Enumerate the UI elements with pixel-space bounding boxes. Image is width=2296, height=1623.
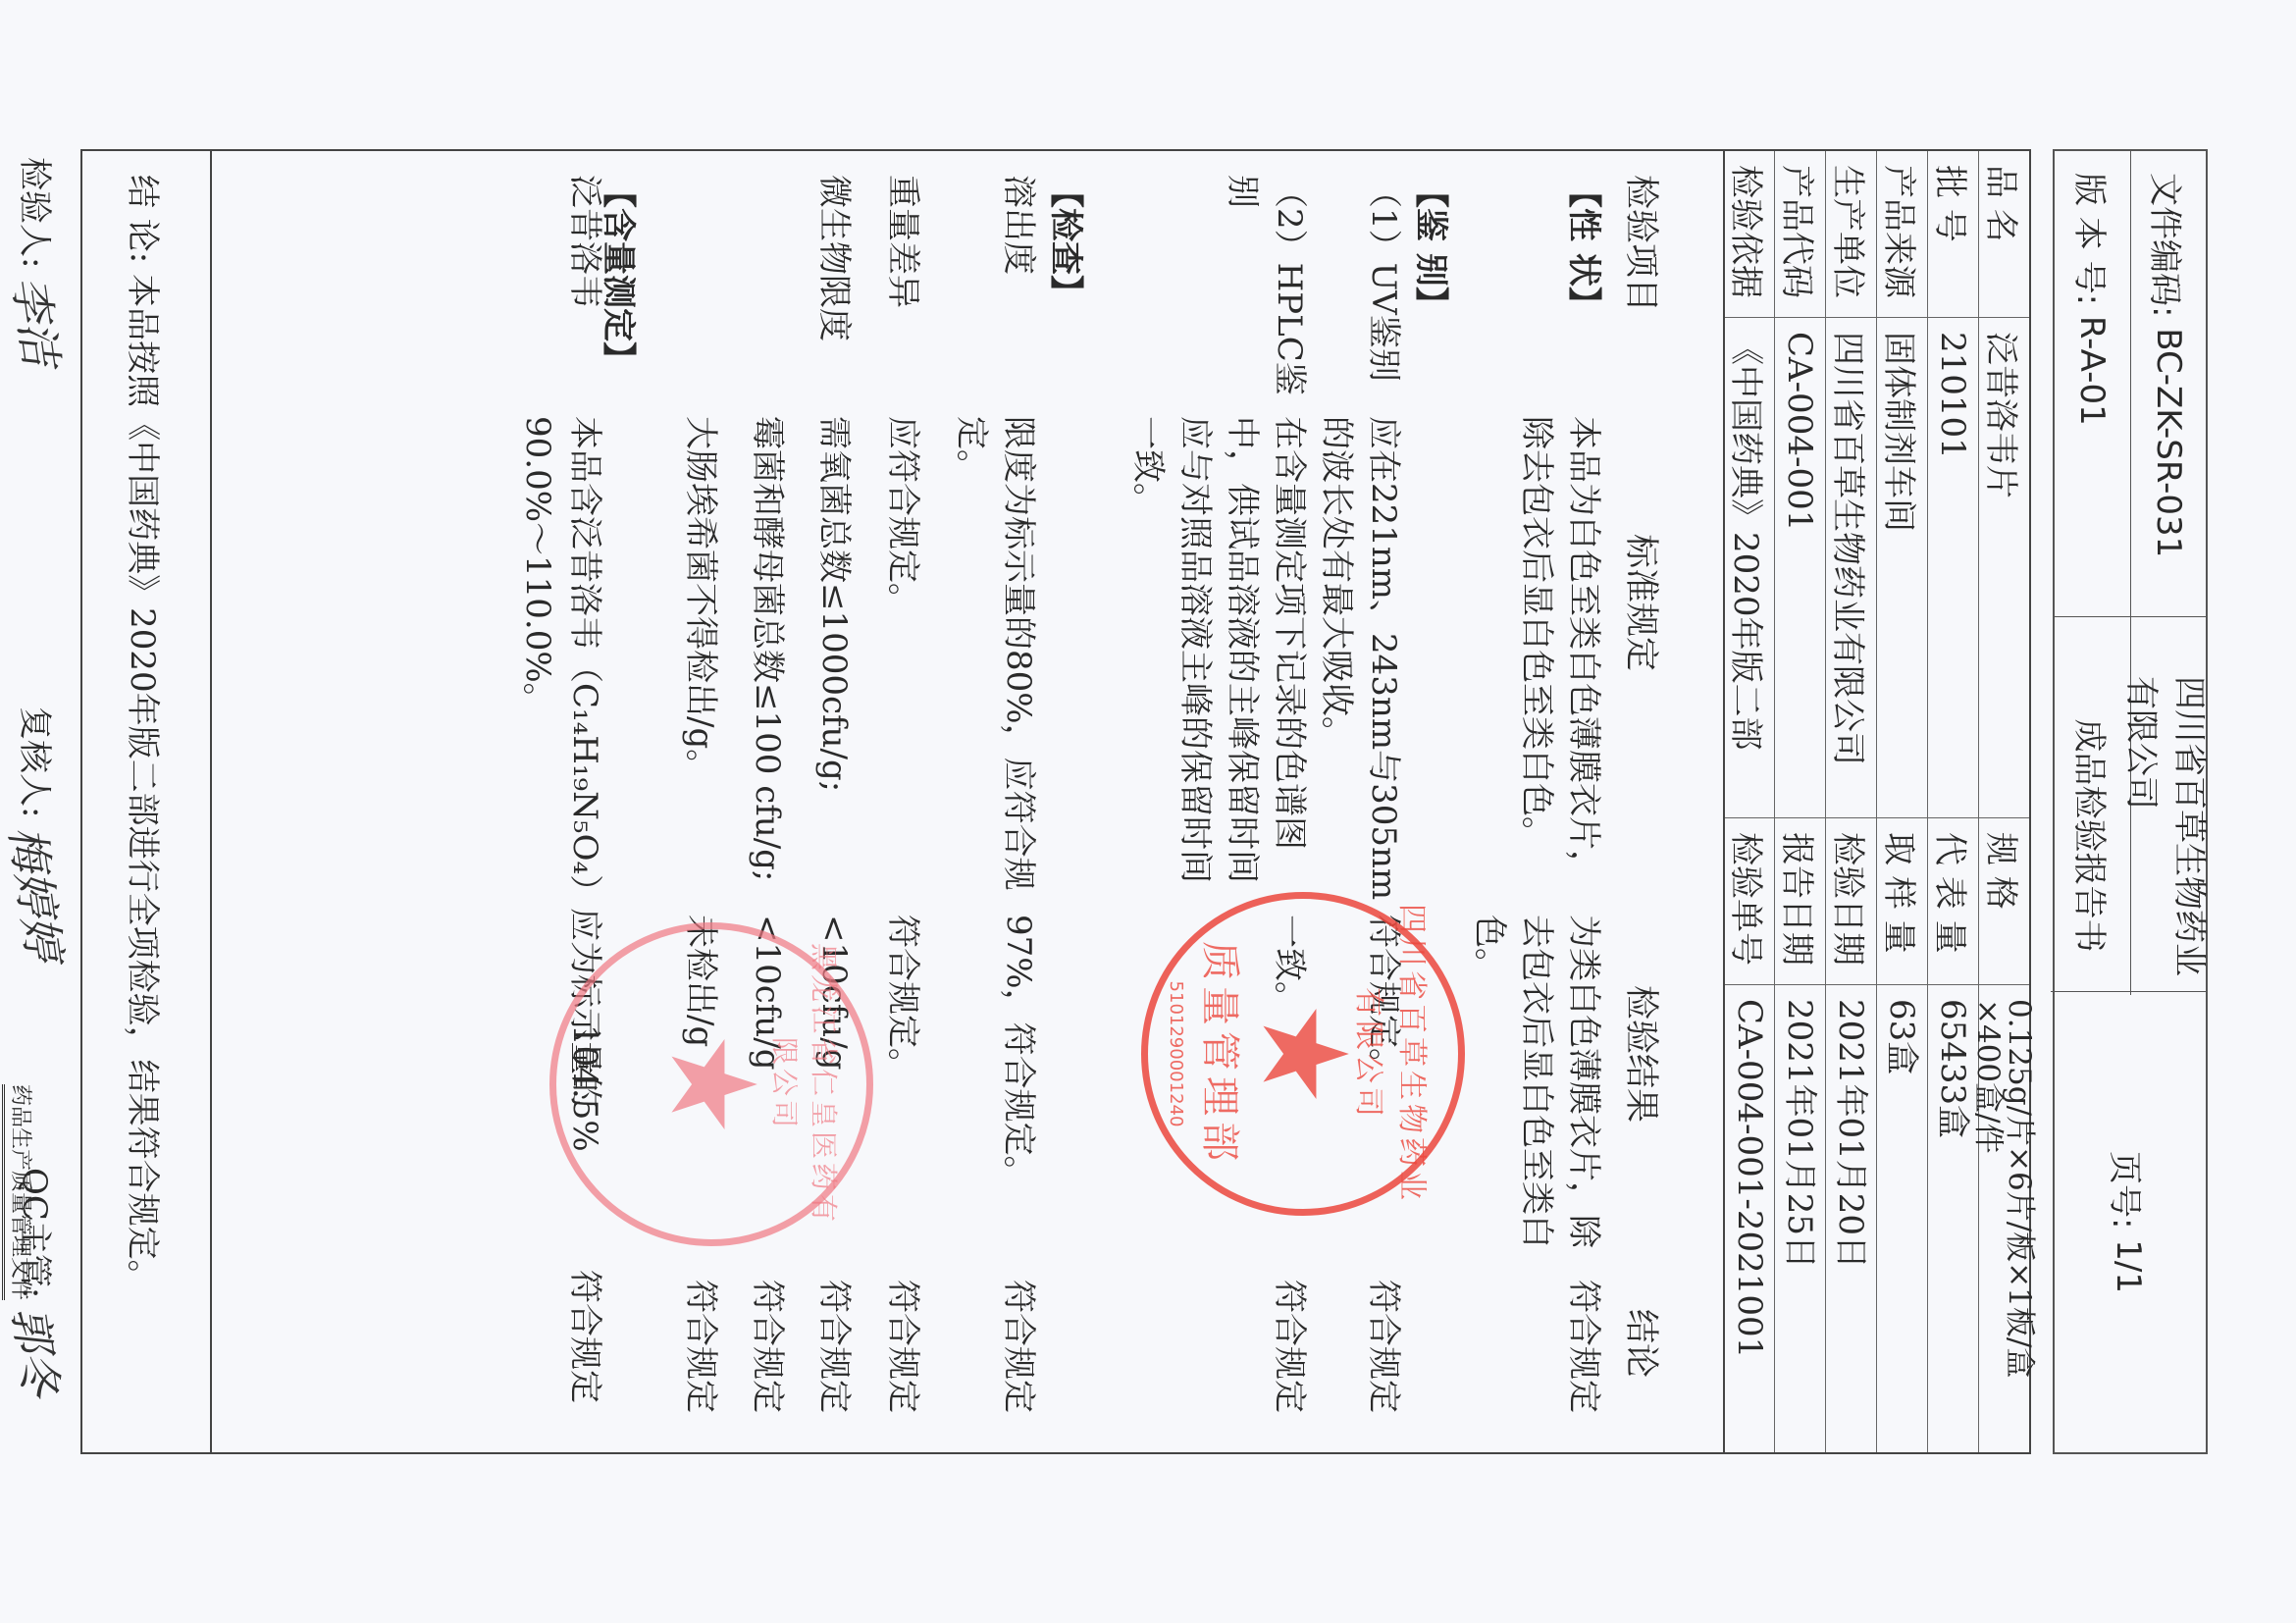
document-header: 文件编码: BC-ZK-SR-031 四川省百草生物药业有限公司 版 本 号: … [2053,149,2208,1454]
page-number: 页号: 1/1 [2051,991,2206,1452]
quality-department-stamp: 四川省百草生物药业有限公司 ★ 质量管理部 5101290001240 [1141,892,1465,1216]
version-number: 版 本 号: R-A-01 [2055,151,2130,617]
file-code: 文件编码: BC-ZK-SR-031 [2131,151,2206,617]
column-headers: 检验项目 标准规定 检验结果 结论 [1617,151,1664,1452]
inspector-signature: 检验人:李洁 [6,157,71,707]
assay-row: 泛昔洛韦 本品含泛昔洛韦（C₁₄H₁₉N₅O₄）应为标示量的 90.0%～110… [514,151,608,1452]
micro-row: 微生物限度 需氧菌总数≤1000cfu/g; <10cfu/g 符合规定 [810,151,858,1452]
report-number: CA-004-001-2021001 [1725,985,1774,1452]
appearance-row: 【性 状】 本品为白色至类白色薄膜衣片，除去包衣后显白色至类白色。 为类白色薄膜… [1466,151,1607,1452]
batch-number: 210101 [1928,318,1978,818]
star-icon: ★ [652,1031,770,1137]
sample-quantity: 63盒 [1877,985,1927,1452]
manufacturer: 四川省百草生物药业有限公司 [1826,318,1876,818]
report-title: 成品检验报告书 [2055,617,2130,995]
micro-row: 霉菌和酵母菌总数≤100 cfu/g; <10cfu/g 符合规定 [744,151,791,1452]
footer-label: 药品生产质量管理文件 [2,1084,37,1300]
weight-row: 重量差异 应符合规定。 符合规定。 符合规定 [879,151,926,1452]
info-row: 产品来源 固体制剂车间 取 样 量 63盒 [1876,151,1927,1452]
star-icon: ★ [1244,1001,1362,1107]
dissolution-row: 溶出度 限度为标示量的80%，应符合规定。 97%，符合规定。 符合规定 [948,151,1042,1452]
final-conclusion: 结 论: 本品按照《中国药典》2020年版二部进行全项检验，结果符合规定。 [82,151,212,1452]
info-row: 检验依据 《中国药典》2020年版二部 检验单号 CA-004-001-2021… [1723,151,1774,1452]
hplc-row: （2）HPLC鉴别 在含量测定项下记录的色谱图中，供试品溶液的主峰保留时间应与对… [1124,151,1313,1452]
tests-header: 【检查】 [1042,151,1089,1452]
report-date: 2021年01月25日 [1775,985,1825,1452]
inspection-basis: 《中国药典》2020年版二部 [1725,318,1774,818]
report-table: 品 名 泛昔洛韦片 规 格 0.125g/片×6片/板×1板/盒×400盒/件 … [80,149,2031,1454]
uv-row: （1）UV鉴别 应在221nm、243nm与305nm的波长处有最大吸收。 符合… [1313,151,1407,1452]
inspection-date: 2021年01月20日 [1826,985,1876,1452]
info-row: 批 号 210101 代 表 量 65433盒 [1927,151,1978,1452]
identification-header: 【鉴 别】 [1407,151,1454,1452]
specification: 0.125g/片×6片/板×1板/盒×400盒/件 [1979,985,2029,1452]
results-body: 检验项目 标准规定 检验结果 结论 【性 状】 本品为白色至类白色薄膜衣片，除去… [514,151,1670,1452]
product-code: CA-004-001 [1775,318,1825,818]
company-name: 四川省百草生物药业有限公司 [2131,617,2206,995]
product-name: 泛昔洛韦片 [1979,318,2029,818]
representative-quantity: 65433盒 [1928,985,1978,1452]
distributor-stamp: 黑龙江省仁皇医药有限公司 ★ [549,922,873,1246]
info-row: 产品代码 CA-004-001 报告日期 2021年01月25日 [1774,151,1825,1452]
info-row: 生产单位 四川省百草生物药业有限公司 检验日期 2021年01月20日 [1825,151,1876,1452]
product-source: 固体制剂车间 [1877,318,1927,818]
micro-row: 大肠埃希菌不得检出/g。 未检出/g 符合规定 [677,151,724,1452]
info-row: 品 名 泛昔洛韦片 规 格 0.125g/片×6片/板×1板/盒×400盒/件 [1978,151,2029,1452]
inspection-report-page: 文件编码: BC-ZK-SR-031 四川省百草生物药业有限公司 版 本 号: … [0,0,2296,1623]
